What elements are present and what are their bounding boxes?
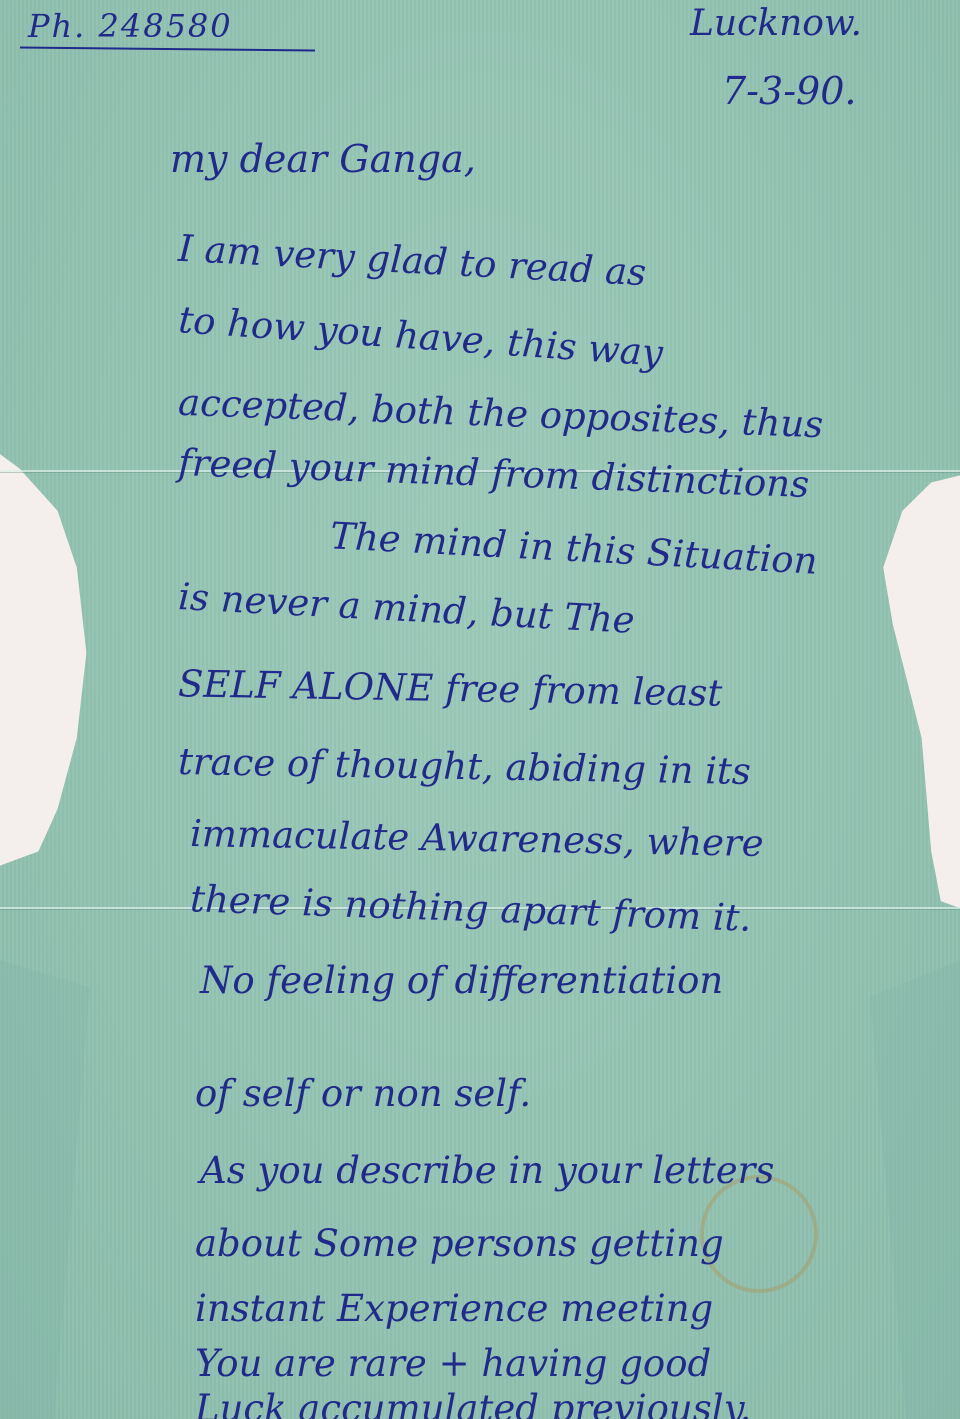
letter-date: 7-3-90. <box>722 72 856 110</box>
salutation: my dear Ganga, <box>170 140 476 178</box>
body-line: immaculate Awareness, where <box>190 815 764 862</box>
phone-number: Ph. 248580 <box>28 10 233 42</box>
body-line: As you describe in your letters <box>200 1152 774 1189</box>
body-line: Luck accumulated previously. <box>195 1390 751 1419</box>
letter-place: Lucknow. <box>690 6 862 42</box>
body-line: of self or non self. <box>195 1075 531 1112</box>
body-line: instant Experience meeting <box>195 1290 713 1327</box>
body-line: about Some persons getting <box>195 1225 724 1262</box>
body-line: No feeling of differentiation <box>200 962 723 999</box>
body-line: SELF ALONE free from least <box>178 665 723 711</box>
body-line: trace of thought, abiding in its <box>178 743 751 790</box>
body-line: You are rare + having good <box>195 1345 711 1382</box>
